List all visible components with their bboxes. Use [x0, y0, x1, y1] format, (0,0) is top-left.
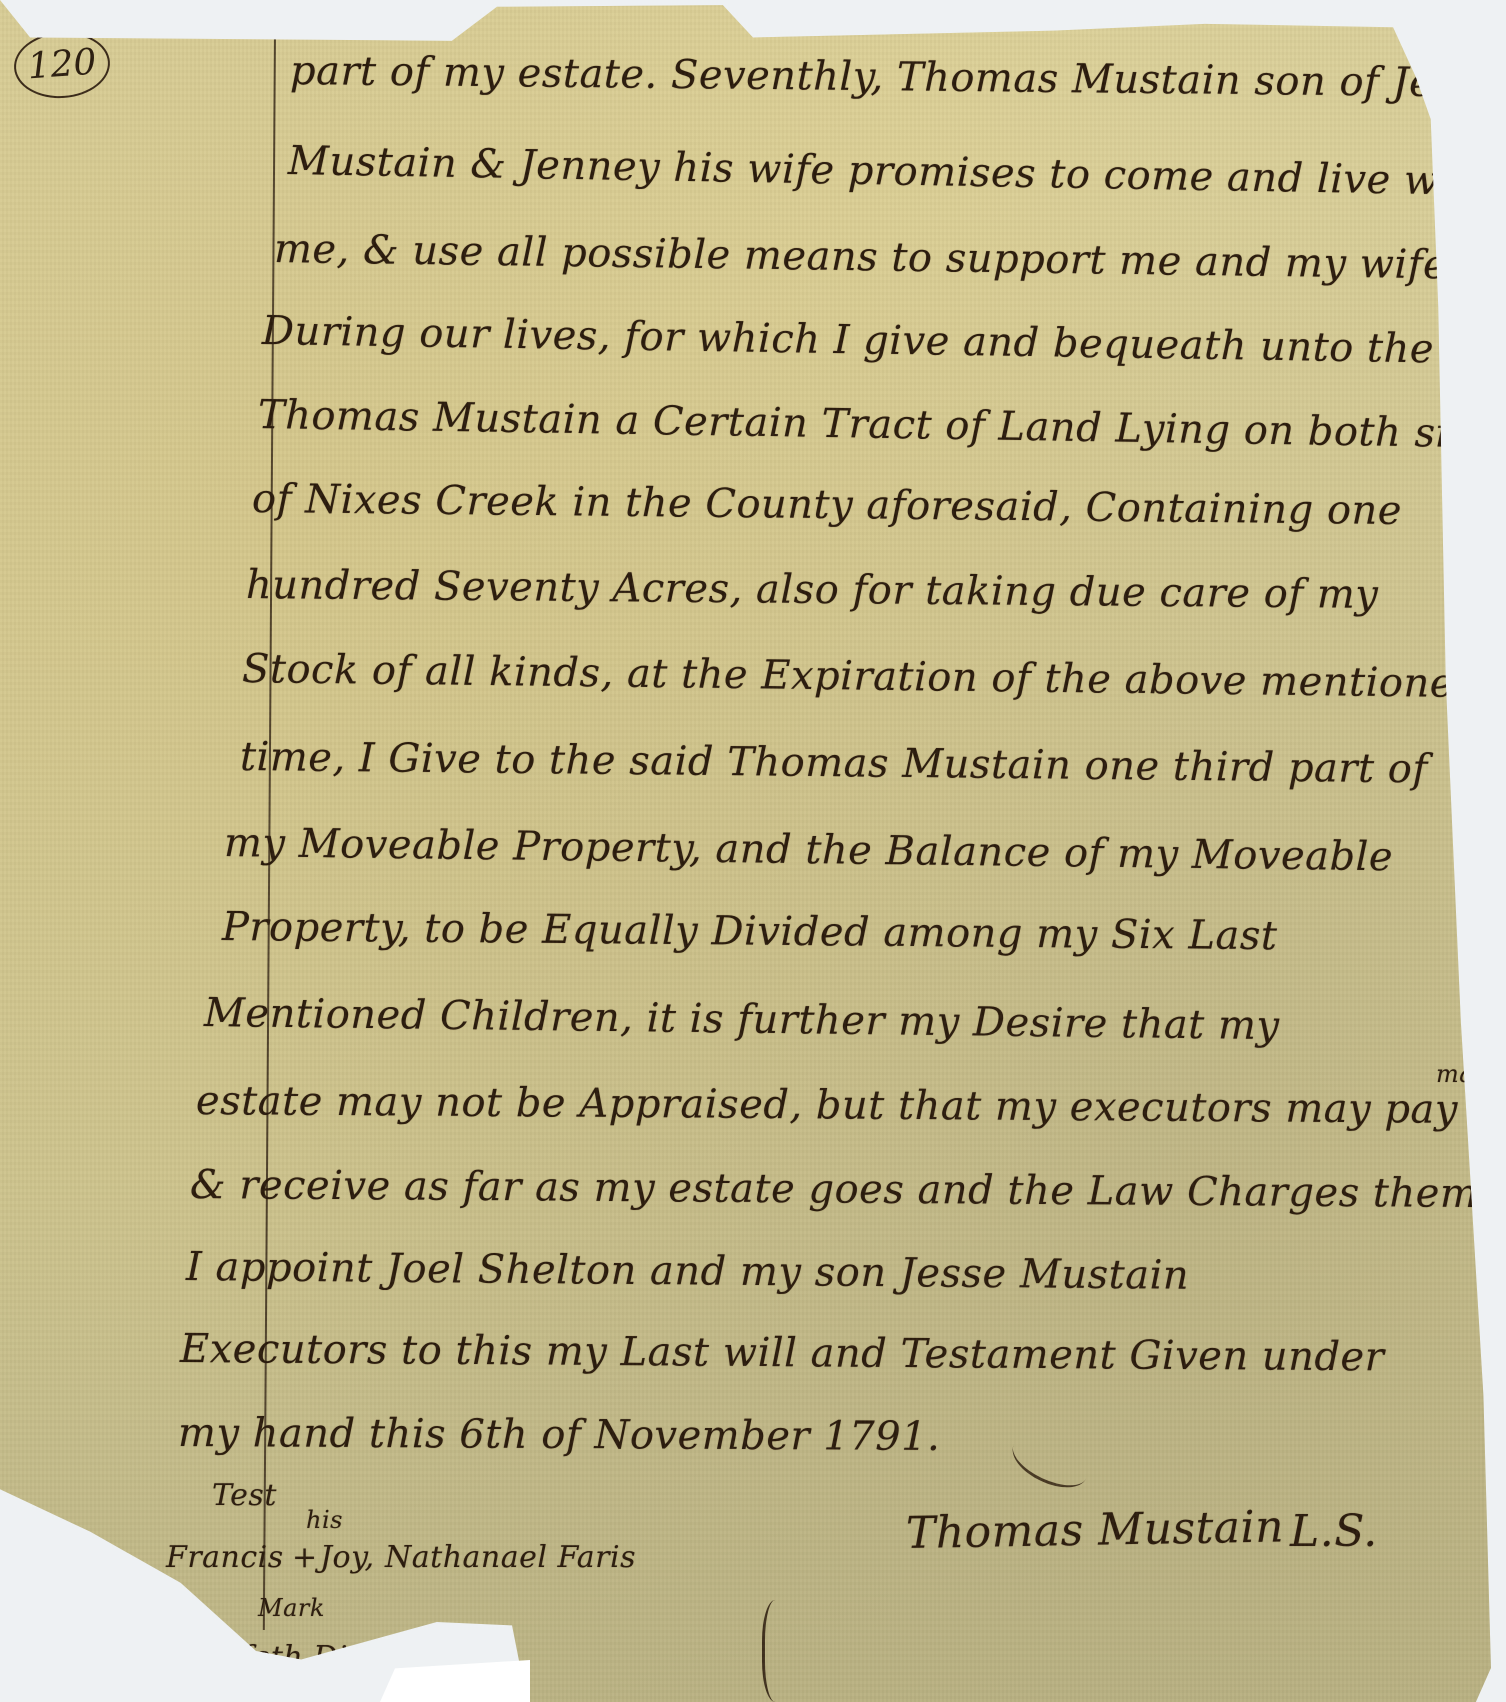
text-line-17: my hand this 6th of November 1791. [178, 1410, 941, 1460]
witness-1-name: Francis [166, 1540, 284, 1575]
manuscript-page: 120 part of my estate. Seventhly, Thomas… [0, 0, 1506, 1702]
glare-patch [380, 1660, 530, 1702]
page-number-circled: 120 [12, 29, 112, 102]
seal-mark: L.S. [1290, 1506, 1378, 1557]
text-line-6: of Nixes Creek in the County aforesaid, … [252, 476, 1402, 534]
witness-1-surname: Joy, [320, 1540, 375, 1575]
flourish-mark [1005, 1425, 1096, 1498]
witness-label: Test [212, 1478, 277, 1513]
text-line-10: my Moveable Property, and the Balance of… [224, 820, 1394, 880]
witness-brace [762, 1600, 795, 1702]
text-line-3: me, & use all possible means to support … [274, 226, 1448, 288]
text-line-5: Thomas Mustain a Certain Tract of Land L… [258, 392, 1506, 458]
witness-mark-above: his [306, 1506, 343, 1534]
text-line-9: time, I Give to the said Thomas Mustain … [240, 734, 1428, 792]
text-line-2: Mustain & Jenney his wife promises to co… [288, 138, 1496, 205]
witness-2-name: Nathanael Faris [385, 1540, 636, 1575]
interlinear-insertion: may [1436, 1060, 1488, 1088]
page-number-text: 120 [26, 42, 97, 88]
text-line-15: I appoint Joel Shelton and my son Jesse … [186, 1244, 1190, 1299]
witness-mark-symbol: + [292, 1540, 318, 1575]
text-line-13: estate may not be Appraised, but that my… [196, 1078, 1458, 1133]
document-viewer: 120 part of my estate. Seventhly, Thomas… [0, 0, 1506, 1702]
text-line-4: During our lives, for which I give and b… [262, 308, 1506, 374]
text-line-11: Property, to be Equally Divided among my… [222, 904, 1278, 959]
witness-1-first: Francis [166, 1540, 284, 1575]
text-line-14: & receive as far as my estate goes and t… [190, 1162, 1479, 1217]
witness-mark-below: Mark [258, 1594, 325, 1622]
text-line-16: Executors to this my Last will and Testa… [180, 1326, 1385, 1380]
testator-signature: Thomas Mustain [906, 1501, 1285, 1559]
text-line-12: Mentioned Children, it is further my Des… [204, 990, 1280, 1049]
text-line-8: Stock of all kinds, at the Expiration of… [242, 646, 1481, 707]
text-line-1: part of my estate. Seventhly, Thomas Mus… [290, 48, 1500, 107]
text-line-7: hundred Seventy Acres, also for taking d… [246, 562, 1379, 618]
